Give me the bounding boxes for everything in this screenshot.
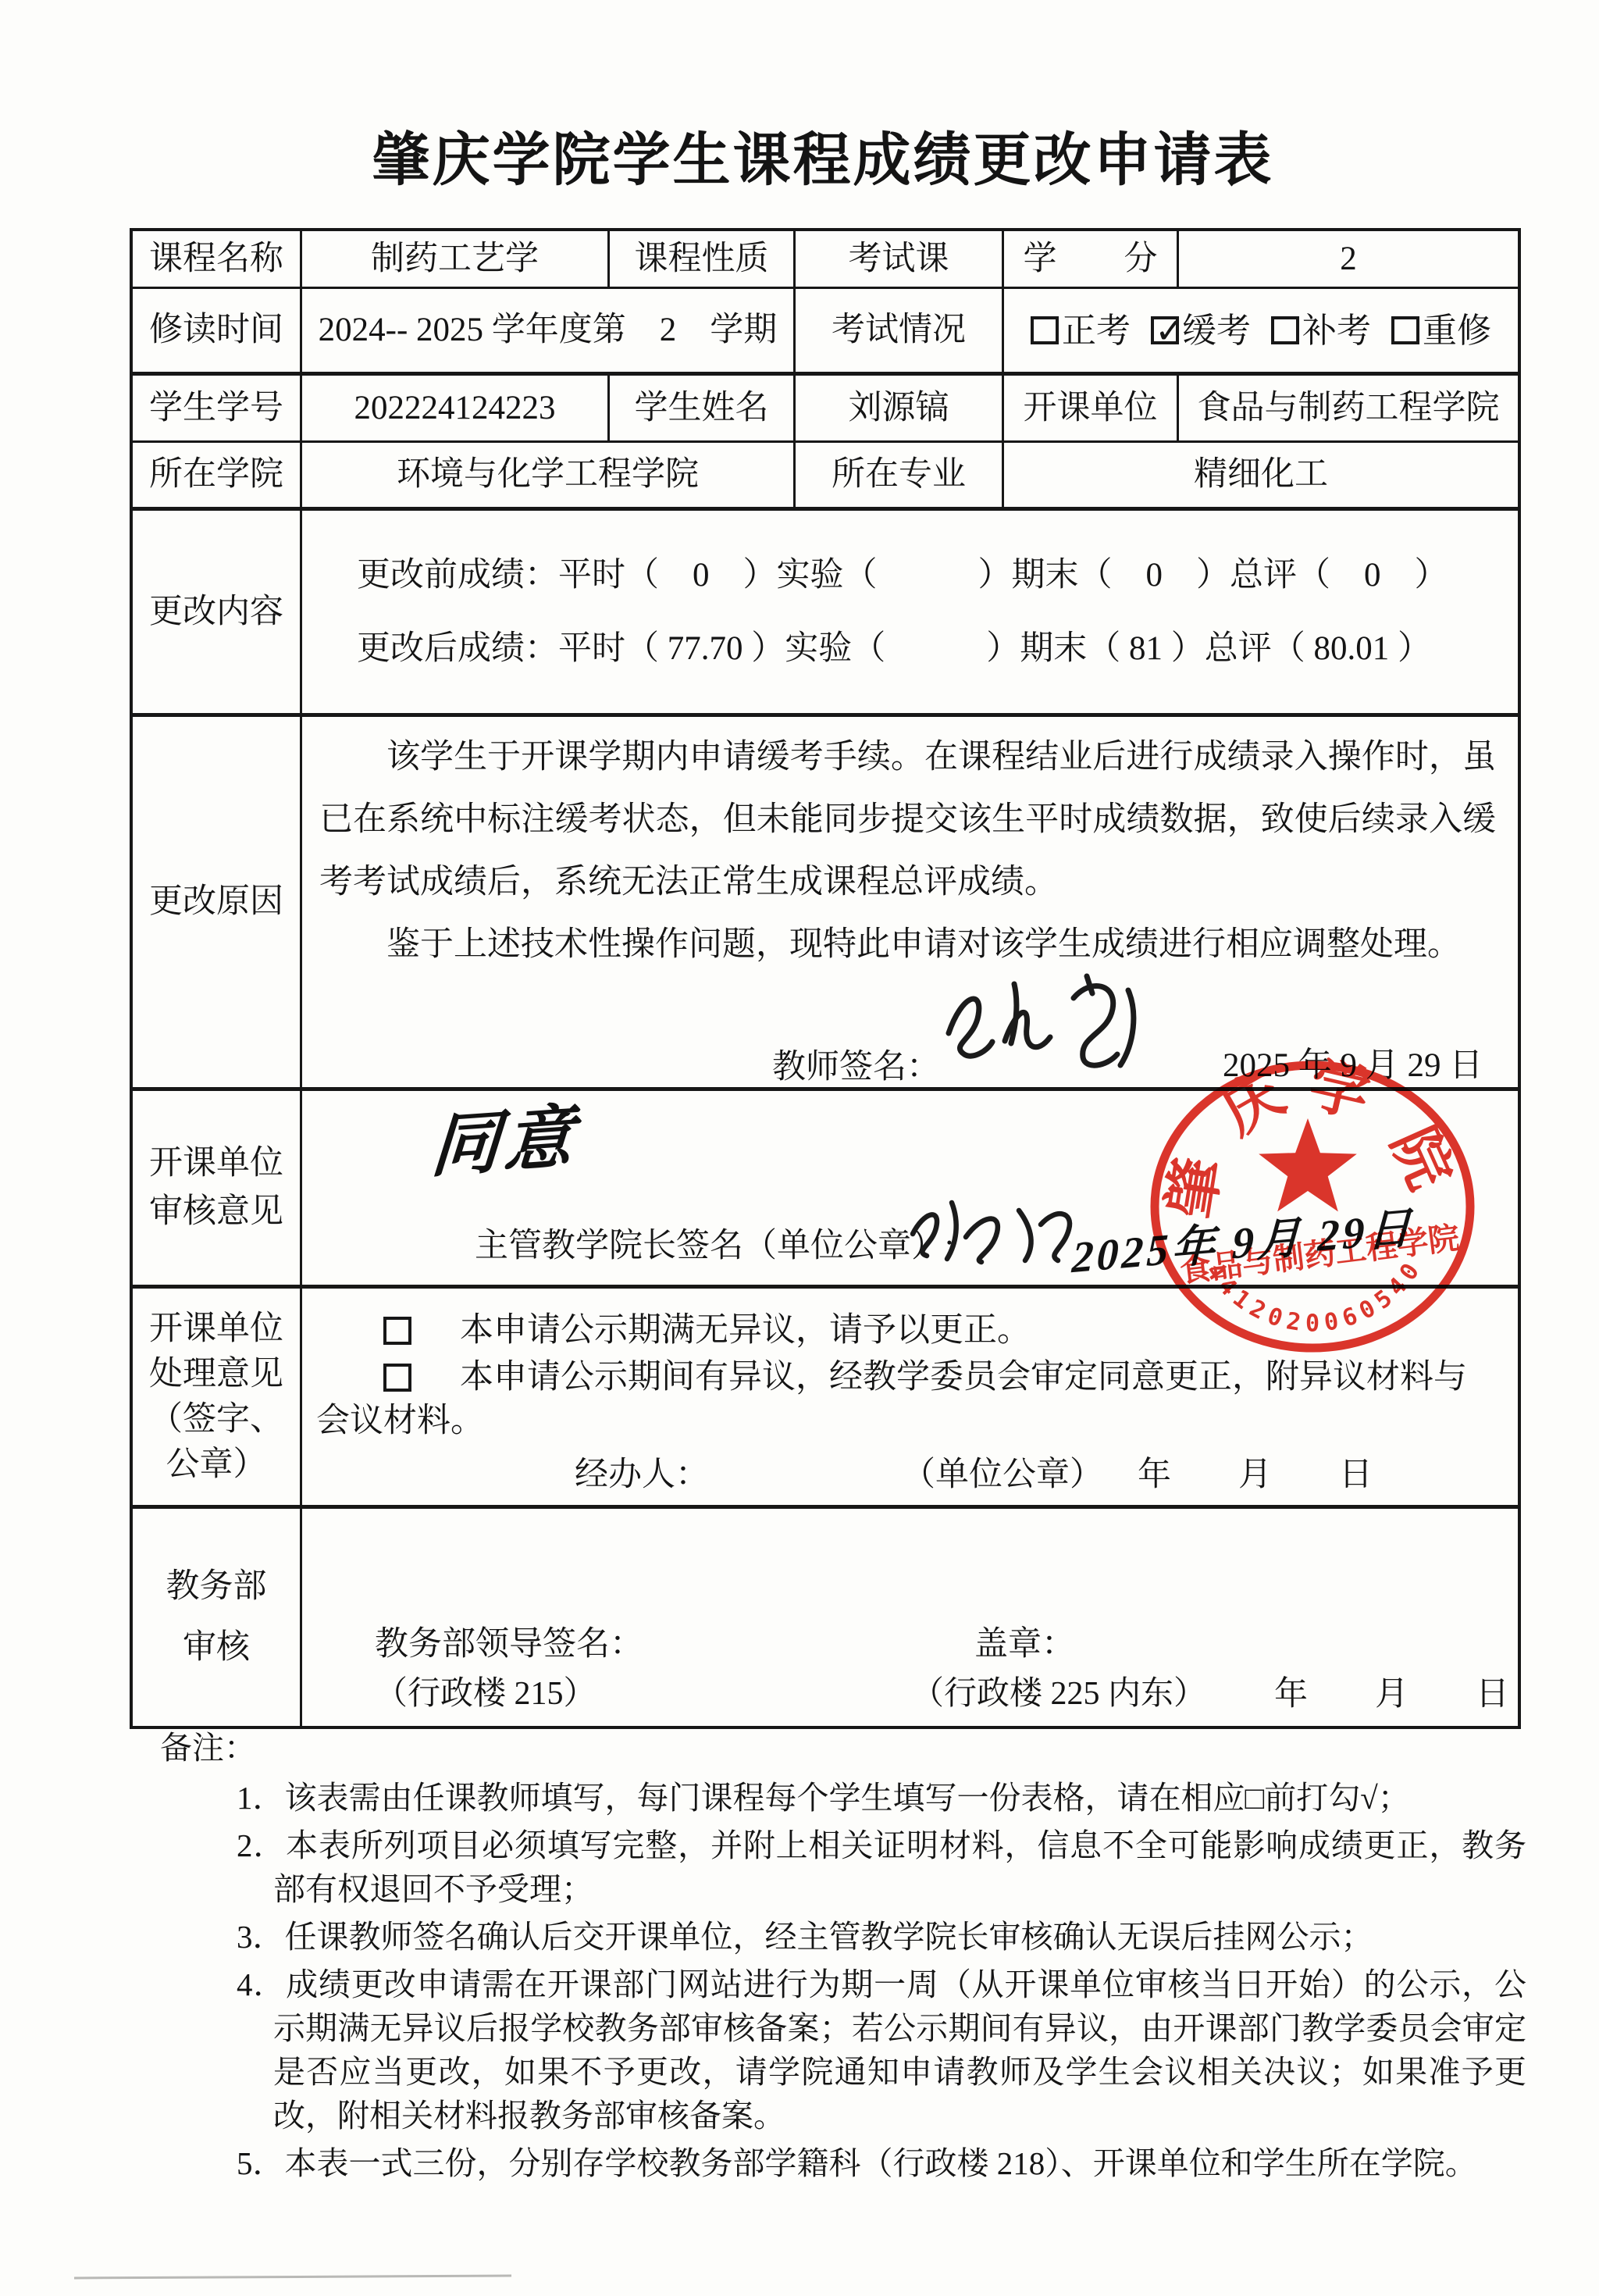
table-row: 所在学院 环境与化学工程学院 所在专业 精细化工 bbox=[133, 443, 1518, 511]
checkbox-normal-exam[interactable] bbox=[1031, 316, 1059, 344]
major-value: 精细化工 bbox=[1004, 443, 1518, 507]
exam-status-label: 考试情况 bbox=[796, 289, 1004, 372]
teacher-date: 2025 年 9 月 29 日 bbox=[1223, 1045, 1483, 1087]
unit-review-label: 开课单位 审核意见 bbox=[133, 1091, 302, 1285]
table-row: 开课单位 审核意见 同意 主管教学院长签名（单位公章）: 2025年 9月 29… bbox=[133, 1091, 1518, 1289]
exam-option-normal: 正考 bbox=[1031, 309, 1131, 352]
admin-room-1: （行政楼 215） bbox=[375, 1674, 597, 1715]
student-name-label: 学生姓名 bbox=[610, 376, 796, 440]
scanned-form-page: 肇庆学院学生课程成绩更改申请表 课程名称 制药工艺学 课程性质 考试课 学 分 … bbox=[0, 0, 1599, 2296]
course-name-label: 课程名称 bbox=[133, 231, 302, 287]
table-row: 更改原因 该学生于开课学期内申请缓考手续。在课程结业后进行成绩录入操作时，虽已在… bbox=[133, 717, 1518, 1091]
table-row: 课程名称 制药工艺学 课程性质 考试课 学 分 2 bbox=[133, 231, 1518, 289]
admin-review-cell: 教务部领导签名： 盖章： （行政楼 215） （行政楼 225 内东） 年 月 … bbox=[302, 1509, 1518, 1726]
exam-status-options: 正考 缓考 补考 重修 bbox=[1004, 309, 1518, 352]
table-row: 教务部 审核 教务部领导签名： 盖章： （行政楼 215） （行政楼 225 内… bbox=[133, 1509, 1518, 1726]
notes-section: 备注： 1．该表需由任课教师填写，每门课程每个学生填写一份表格，请在相应□前打勾… bbox=[160, 1726, 1526, 2189]
student-name-value: 刘源镐 bbox=[796, 376, 1004, 440]
change-reason-label: 更改原因 bbox=[133, 717, 302, 1087]
course-type-label: 课程性质 bbox=[610, 231, 796, 287]
scan-artifact-line bbox=[74, 2275, 511, 2280]
option-label: 重修 bbox=[1423, 309, 1491, 352]
credit-label: 学 分 bbox=[1004, 231, 1179, 287]
checkbox-retake[interactable] bbox=[1391, 316, 1419, 344]
option-label: 缓考 bbox=[1182, 309, 1251, 352]
checkbox-deferred-exam[interactable] bbox=[1151, 316, 1179, 344]
option-label: 正考 bbox=[1062, 309, 1131, 352]
reason-paragraph-2: 鉴于上述技术性操作问题，现特此申请对该学生成绩进行相应调整处理。 bbox=[319, 914, 1496, 976]
teacher-signature-scribble bbox=[927, 967, 1153, 1084]
student-id-value: 202224124223 bbox=[302, 376, 610, 440]
admin-review-label: 教务部 审核 bbox=[133, 1509, 302, 1726]
study-time-value: 2024-- 2025 学年度第 2 学期 bbox=[302, 289, 796, 372]
option-label: 补考 bbox=[1302, 309, 1371, 352]
table-row: 更改内容 更改前成绩：平时（ 0 ）实验（ ）期末（ 0 ）总评（ 0 ） 更改… bbox=[133, 511, 1518, 717]
reason-paragraph-1: 该学生于开课学期内申请缓考手续。在课程结业后进行成绩录入操作时，虽已在系统中标注… bbox=[319, 726, 1496, 914]
teacher-sign-label: 教师签名： bbox=[772, 1046, 940, 1089]
scores-before-line: 更改前成绩：平时（ 0 ）实验（ ）期末（ 0 ）总评（ 0 ） bbox=[357, 554, 1518, 597]
notes-heading: 备注： bbox=[160, 1726, 1526, 1770]
offering-unit-value: 食品与制药工程学院 bbox=[1179, 376, 1518, 440]
course-name-value: 制药工艺学 bbox=[302, 231, 610, 287]
leader-sign-label: 教务部领导签名： bbox=[375, 1624, 643, 1666]
change-reason-cell: 该学生于开课学期内申请缓考手续。在课程结业后进行成绩录入操作时，虽已在系统中标注… bbox=[302, 717, 1518, 1087]
student-id-label: 学生学号 bbox=[133, 376, 302, 440]
application-table: 课程名称 制药工艺学 课程性质 考试课 学 分 2 修读时间 2024-- 20… bbox=[130, 228, 1521, 1729]
scores-after-line: 更改后成绩：平时（ 77.70 ）实验（ ）期末（ 81 ）总评（ 80.01 … bbox=[357, 628, 1518, 670]
process-option-1: 本申请公示期满无异议，请予以更正。 bbox=[316, 1309, 1496, 1353]
table-row: 开课单位 处理意见 （签字、 公章） 本申请公示期满无异议，请予以更正。 本申请… bbox=[133, 1289, 1518, 1509]
unit-process-label: 开课单位 处理意见 （签字、 公章） bbox=[133, 1289, 302, 1505]
dean-date-handwriting: 2025年 9月 29日 bbox=[1071, 1201, 1416, 1286]
approval-handwriting: 同意 bbox=[428, 1095, 580, 1192]
note-item-1: 1．该表需由任课教师填写，每门课程每个学生填写一份表格，请在相应□前打勾√； bbox=[160, 1776, 1526, 1820]
table-row: 修读时间 2024-- 2025 学年度第 2 学期 考试情况 正考 缓考 补考… bbox=[133, 289, 1518, 376]
study-time-label: 修读时间 bbox=[133, 289, 302, 372]
note-item-2: 2．本表所列项目必须填写完整，并附上相关证明材料，信息不全可能影响成绩更正，教务… bbox=[160, 1824, 1526, 1911]
unit-review-cell: 同意 主管教学院长签名（单位公章）: 2025年 9月 29日 bbox=[302, 1091, 1518, 1285]
process-option-2: 本申请公示期间有异议，经教学委员会审定同意更正，附异议材料与会议材料。 bbox=[316, 1356, 1496, 1443]
exam-status-cell: 正考 缓考 补考 重修 bbox=[1004, 289, 1518, 372]
checkbox-makeup-exam[interactable] bbox=[1271, 316, 1299, 344]
college-label: 所在学院 bbox=[133, 443, 302, 507]
process-date-ymd: 年 月 日 bbox=[1138, 1454, 1373, 1496]
course-type-value: 考试课 bbox=[796, 231, 1004, 287]
credit-value: 2 bbox=[1179, 231, 1518, 287]
table-row: 学生学号 202224124223 学生姓名 刘源镐 开课单位 食品与制药工程学… bbox=[133, 376, 1518, 443]
checkbox-no-objection[interactable] bbox=[383, 1317, 411, 1345]
change-content-cell: 更改前成绩：平时（ 0 ）实验（ ）期末（ 0 ）总评（ 0 ） 更改后成绩：平… bbox=[302, 511, 1518, 713]
admin-date-ymd: 年 月 日 bbox=[1274, 1674, 1509, 1716]
major-label: 所在专业 bbox=[796, 443, 1004, 507]
change-content-label: 更改内容 bbox=[133, 511, 302, 713]
exam-option-deferred: 缓考 bbox=[1151, 309, 1251, 352]
dean-sign-label: 主管教学院长签名（单位公章）: bbox=[475, 1225, 954, 1267]
exam-option-retake: 重修 bbox=[1391, 309, 1491, 352]
college-value: 环境与化学工程学院 bbox=[302, 443, 796, 507]
process-option-1-text: 本申请公示期满无异议，请予以更正。 bbox=[460, 1312, 1031, 1349]
checkbox-objection[interactable] bbox=[383, 1364, 411, 1392]
offering-unit-label: 开课单位 bbox=[1004, 376, 1179, 440]
unit-process-cell: 本申请公示期满无异议，请予以更正。 本申请公示期间有异议，经教学委员会审定同意更… bbox=[302, 1289, 1518, 1505]
note-item-4: 4．成绩更改申请需在开课部门网站进行为期一周（从开课单位审核当日开始）的公示，公… bbox=[160, 1963, 1526, 2137]
process-option-2-text: 本申请公示期间有异议，经教学委员会审定同意更正，附异议材料与会议材料。 bbox=[316, 1359, 1467, 1439]
note-item-3: 3．任课教师签名确认后交开课单位，经主管教学院长审核确认无误后挂网公示； bbox=[160, 1915, 1526, 1959]
form-title: 肇庆学院学生课程成绩更改申请表 bbox=[23, 114, 1599, 197]
unit-seal-label: （单位公章） bbox=[902, 1454, 1103, 1496]
seal-label: 盖章： bbox=[974, 1624, 1075, 1666]
operator-label: 经办人： bbox=[575, 1454, 709, 1496]
note-item-5: 5．本表一式三份，分别存学校教务部学籍科（行政楼 218）、开课单位和学生所在学… bbox=[160, 2141, 1526, 2185]
exam-option-makeup: 补考 bbox=[1271, 309, 1371, 352]
admin-room-2: （行政楼 225 内东） bbox=[911, 1674, 1206, 1715]
